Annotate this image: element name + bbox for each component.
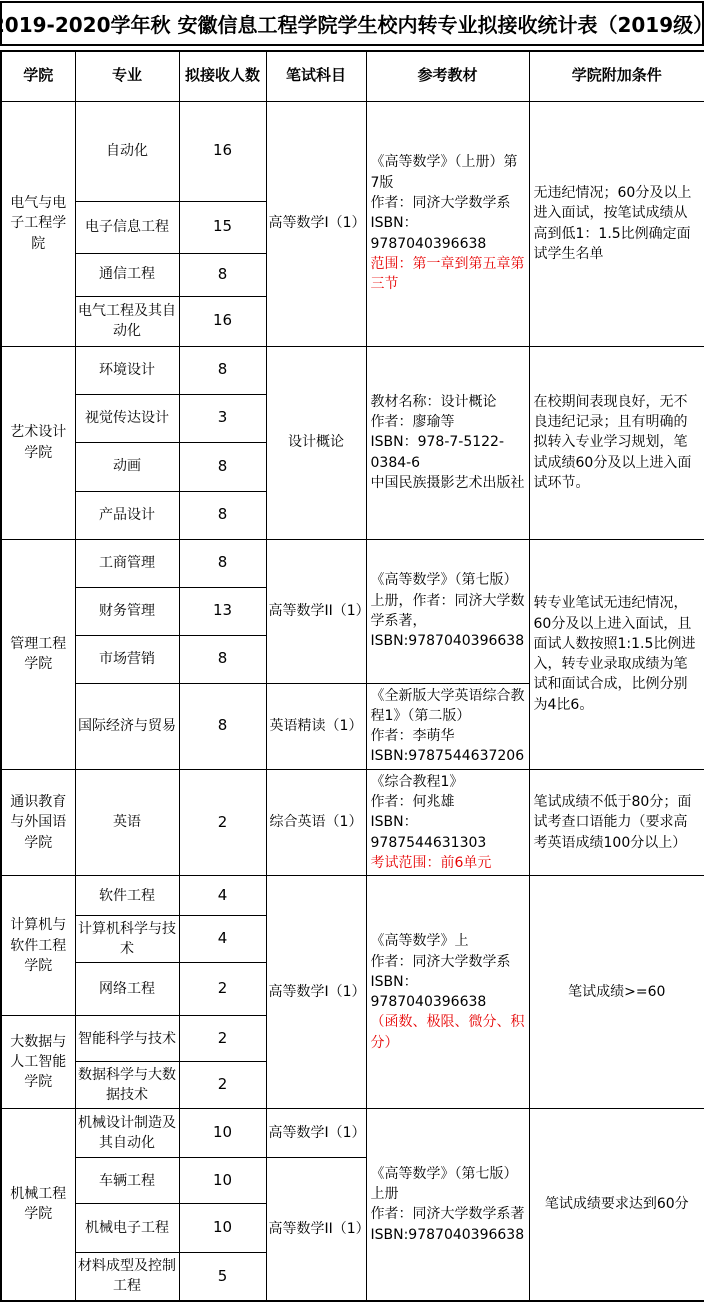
textbook-text: 《高等数学》上 作者：同济大学数学系 ISBN：9787040396638 <box>371 933 511 1010</box>
condition-cell: 无违纪情况；60分及以上进入面试，按笔试成绩从高到低1：1.5比例确定面试学生名… <box>529 101 704 346</box>
column-header-exam-subject: 笔试科目 <box>266 51 366 101</box>
textbook-cell: 《综合教程1》 作者：何兆雄 ISBN：9787544631303 考试范围：前… <box>366 769 529 875</box>
major-cell: 计算机科学与技术 <box>75 916 179 963</box>
college-cell: 电气与电子工程学院 <box>1 101 75 346</box>
textbook-scope-red: （函数、极限、微分、积分） <box>371 1014 525 1050</box>
major-cell: 电气工程及其自动化 <box>75 296 179 346</box>
condition-cell: 笔试成绩不低于80分；面试考查口语能力（要求高考英语成绩100分以上） <box>529 769 704 875</box>
page-title: 2019-2020学年秋 安徽信息工程学院学生校内转专业拟接收统计表（2019级… <box>0 1 704 46</box>
major-cell: 环境设计 <box>75 346 179 394</box>
count-cell: 2 <box>179 769 266 875</box>
table-row: 管理工程学院 工商管理 8 高等数学II（1） 《高等数学》（第七版）上册，作者… <box>1 539 704 587</box>
transfer-statistics-table: 学院 专业 拟接收人数 笔试科目 参考教材 学院附加条件 电气与电子工程学院 自… <box>0 50 704 1302</box>
condition-cell: 在校期间表现良好，无不良违纪记录；且有明确的拟转入专业学习规划，笔试成绩60分及… <box>529 346 704 539</box>
major-cell: 材料成型及控制工程 <box>75 1253 179 1301</box>
exam-subject-cell: 综合英语（1） <box>266 769 366 875</box>
major-cell: 视觉传达设计 <box>75 394 179 442</box>
count-cell: 16 <box>179 101 266 201</box>
count-cell: 8 <box>179 346 266 394</box>
major-cell: 产品设计 <box>75 491 179 539</box>
major-cell: 软件工程 <box>75 876 179 916</box>
major-cell: 市场营销 <box>75 635 179 683</box>
condition-cell: 笔试成绩要求达到60分 <box>529 1109 704 1301</box>
count-cell: 8 <box>179 253 266 296</box>
count-cell: 2 <box>179 1016 266 1062</box>
count-cell: 15 <box>179 201 266 253</box>
major-cell: 通信工程 <box>75 253 179 296</box>
column-header-college: 学院 <box>1 51 75 101</box>
college-cell: 机械工程学院 <box>1 1109 75 1301</box>
major-cell: 网络工程 <box>75 963 179 1016</box>
exam-subject-cell: 设计概论 <box>266 346 366 539</box>
column-header-major: 专业 <box>75 51 179 101</box>
textbook-cell: 《全新版大学英语综合教程1》（第二版） 作者：李萌华 ISBN:97875446… <box>366 683 529 769</box>
exam-subject-cell: 高等数学I（1） <box>266 1109 366 1158</box>
major-cell: 国际经济与贸易 <box>75 683 179 769</box>
college-cell: 艺术设计学院 <box>1 346 75 539</box>
count-cell: 10 <box>179 1204 266 1253</box>
condition-cell: 转专业笔试无违纪情况，60分及以上进入面试，且面试人数按照1:1.5比例进入，转… <box>529 539 704 769</box>
column-header-count: 拟接收人数 <box>179 51 266 101</box>
column-header-textbook: 参考教材 <box>366 51 529 101</box>
table-row: 计算机与软件工程学院 软件工程 4 高等数学I（1） 《高等数学》上 作者：同济… <box>1 876 704 916</box>
count-cell: 5 <box>179 1253 266 1301</box>
table-row: 通识教育与外国语学院 英语 2 综合英语（1） 《综合教程1》 作者：何兆雄 I… <box>1 769 704 875</box>
exam-subject-cell: 英语精读（1） <box>266 683 366 769</box>
count-cell: 2 <box>179 963 266 1016</box>
textbook-cell: 《高等数学》上 作者：同济大学数学系 ISBN：9787040396638 （函… <box>366 876 529 1109</box>
college-cell: 大数据与人工智能学院 <box>1 1016 75 1109</box>
header-row: 学院 专业 拟接收人数 笔试科目 参考教材 学院附加条件 <box>1 51 704 101</box>
table-row: 电气与电子工程学院 自动化 16 高等数学I（1） 《高等数学》（上册）第7版 … <box>1 101 704 201</box>
exam-subject-cell: 高等数学I（1） <box>266 101 366 346</box>
count-cell: 8 <box>179 683 266 769</box>
count-cell: 3 <box>179 394 266 442</box>
count-cell: 2 <box>179 1062 266 1109</box>
textbook-cell: 教材名称：设计概论 作者：廖瑜等 ISBN：978-7-5122-0384-6 … <box>366 346 529 539</box>
count-cell: 8 <box>179 539 266 587</box>
textbook-text: 《高等数学》（上册）第7版 作者：同济大学数学系 ISBN：9787040396… <box>371 154 518 251</box>
major-cell: 智能科学与技术 <box>75 1016 179 1062</box>
college-cell: 通识教育与外国语学院 <box>1 769 75 875</box>
textbook-scope-red: 考试范围：前6单元 <box>371 855 492 871</box>
textbook-text: 《综合教程1》 作者：何兆雄 ISBN：9787544631303 <box>371 774 487 851</box>
textbook-cell: 《高等数学》（第七版）上册 作者：同济大学数学系著 ISBN:978704039… <box>366 1109 529 1301</box>
major-cell: 财务管理 <box>75 587 179 635</box>
document-page: 2019-2020学年秋 安徽信息工程学院学生校内转专业拟接收统计表（2019级… <box>0 0 704 1302</box>
textbook-scope-red: 范围：第一章到第五章第三节 <box>371 256 525 292</box>
count-cell: 8 <box>179 491 266 539</box>
table-row: 艺术设计学院 环境设计 8 设计概论 教材名称：设计概论 作者：廖瑜等 ISBN… <box>1 346 704 394</box>
major-cell: 机械设计制造及其自动化 <box>75 1109 179 1158</box>
major-cell: 车辆工程 <box>75 1158 179 1204</box>
exam-subject-cell: 高等数学II（1） <box>266 1158 366 1301</box>
major-cell: 机械电子工程 <box>75 1204 179 1253</box>
table-row: 机械工程学院 机械设计制造及其自动化 10 高等数学I（1） 《高等数学》（第七… <box>1 1109 704 1158</box>
exam-subject-cell: 高等数学II（1） <box>266 539 366 683</box>
college-cell: 管理工程学院 <box>1 539 75 769</box>
textbook-cell: 《高等数学》（上册）第7版 作者：同济大学数学系 ISBN：9787040396… <box>366 101 529 346</box>
count-cell: 4 <box>179 876 266 916</box>
major-cell: 动画 <box>75 442 179 491</box>
textbook-cell: 《高等数学》（第七版）上册，作者：同济大学数学系著，ISBN:978704039… <box>366 539 529 683</box>
count-cell: 4 <box>179 916 266 963</box>
condition-cell: 笔试成绩>=60 <box>529 876 704 1109</box>
count-cell: 10 <box>179 1158 266 1204</box>
count-cell: 8 <box>179 635 266 683</box>
column-header-conditions: 学院附加条件 <box>529 51 704 101</box>
major-cell: 电子信息工程 <box>75 201 179 253</box>
exam-subject-cell: 高等数学I（1） <box>266 876 366 1109</box>
count-cell: 16 <box>179 296 266 346</box>
major-cell: 数据科学与大数据技术 <box>75 1062 179 1109</box>
major-cell: 工商管理 <box>75 539 179 587</box>
major-cell: 英语 <box>75 769 179 875</box>
major-cell: 自动化 <box>75 101 179 201</box>
count-cell: 8 <box>179 442 266 491</box>
college-cell: 计算机与软件工程学院 <box>1 876 75 1016</box>
count-cell: 10 <box>179 1109 266 1158</box>
count-cell: 13 <box>179 587 266 635</box>
